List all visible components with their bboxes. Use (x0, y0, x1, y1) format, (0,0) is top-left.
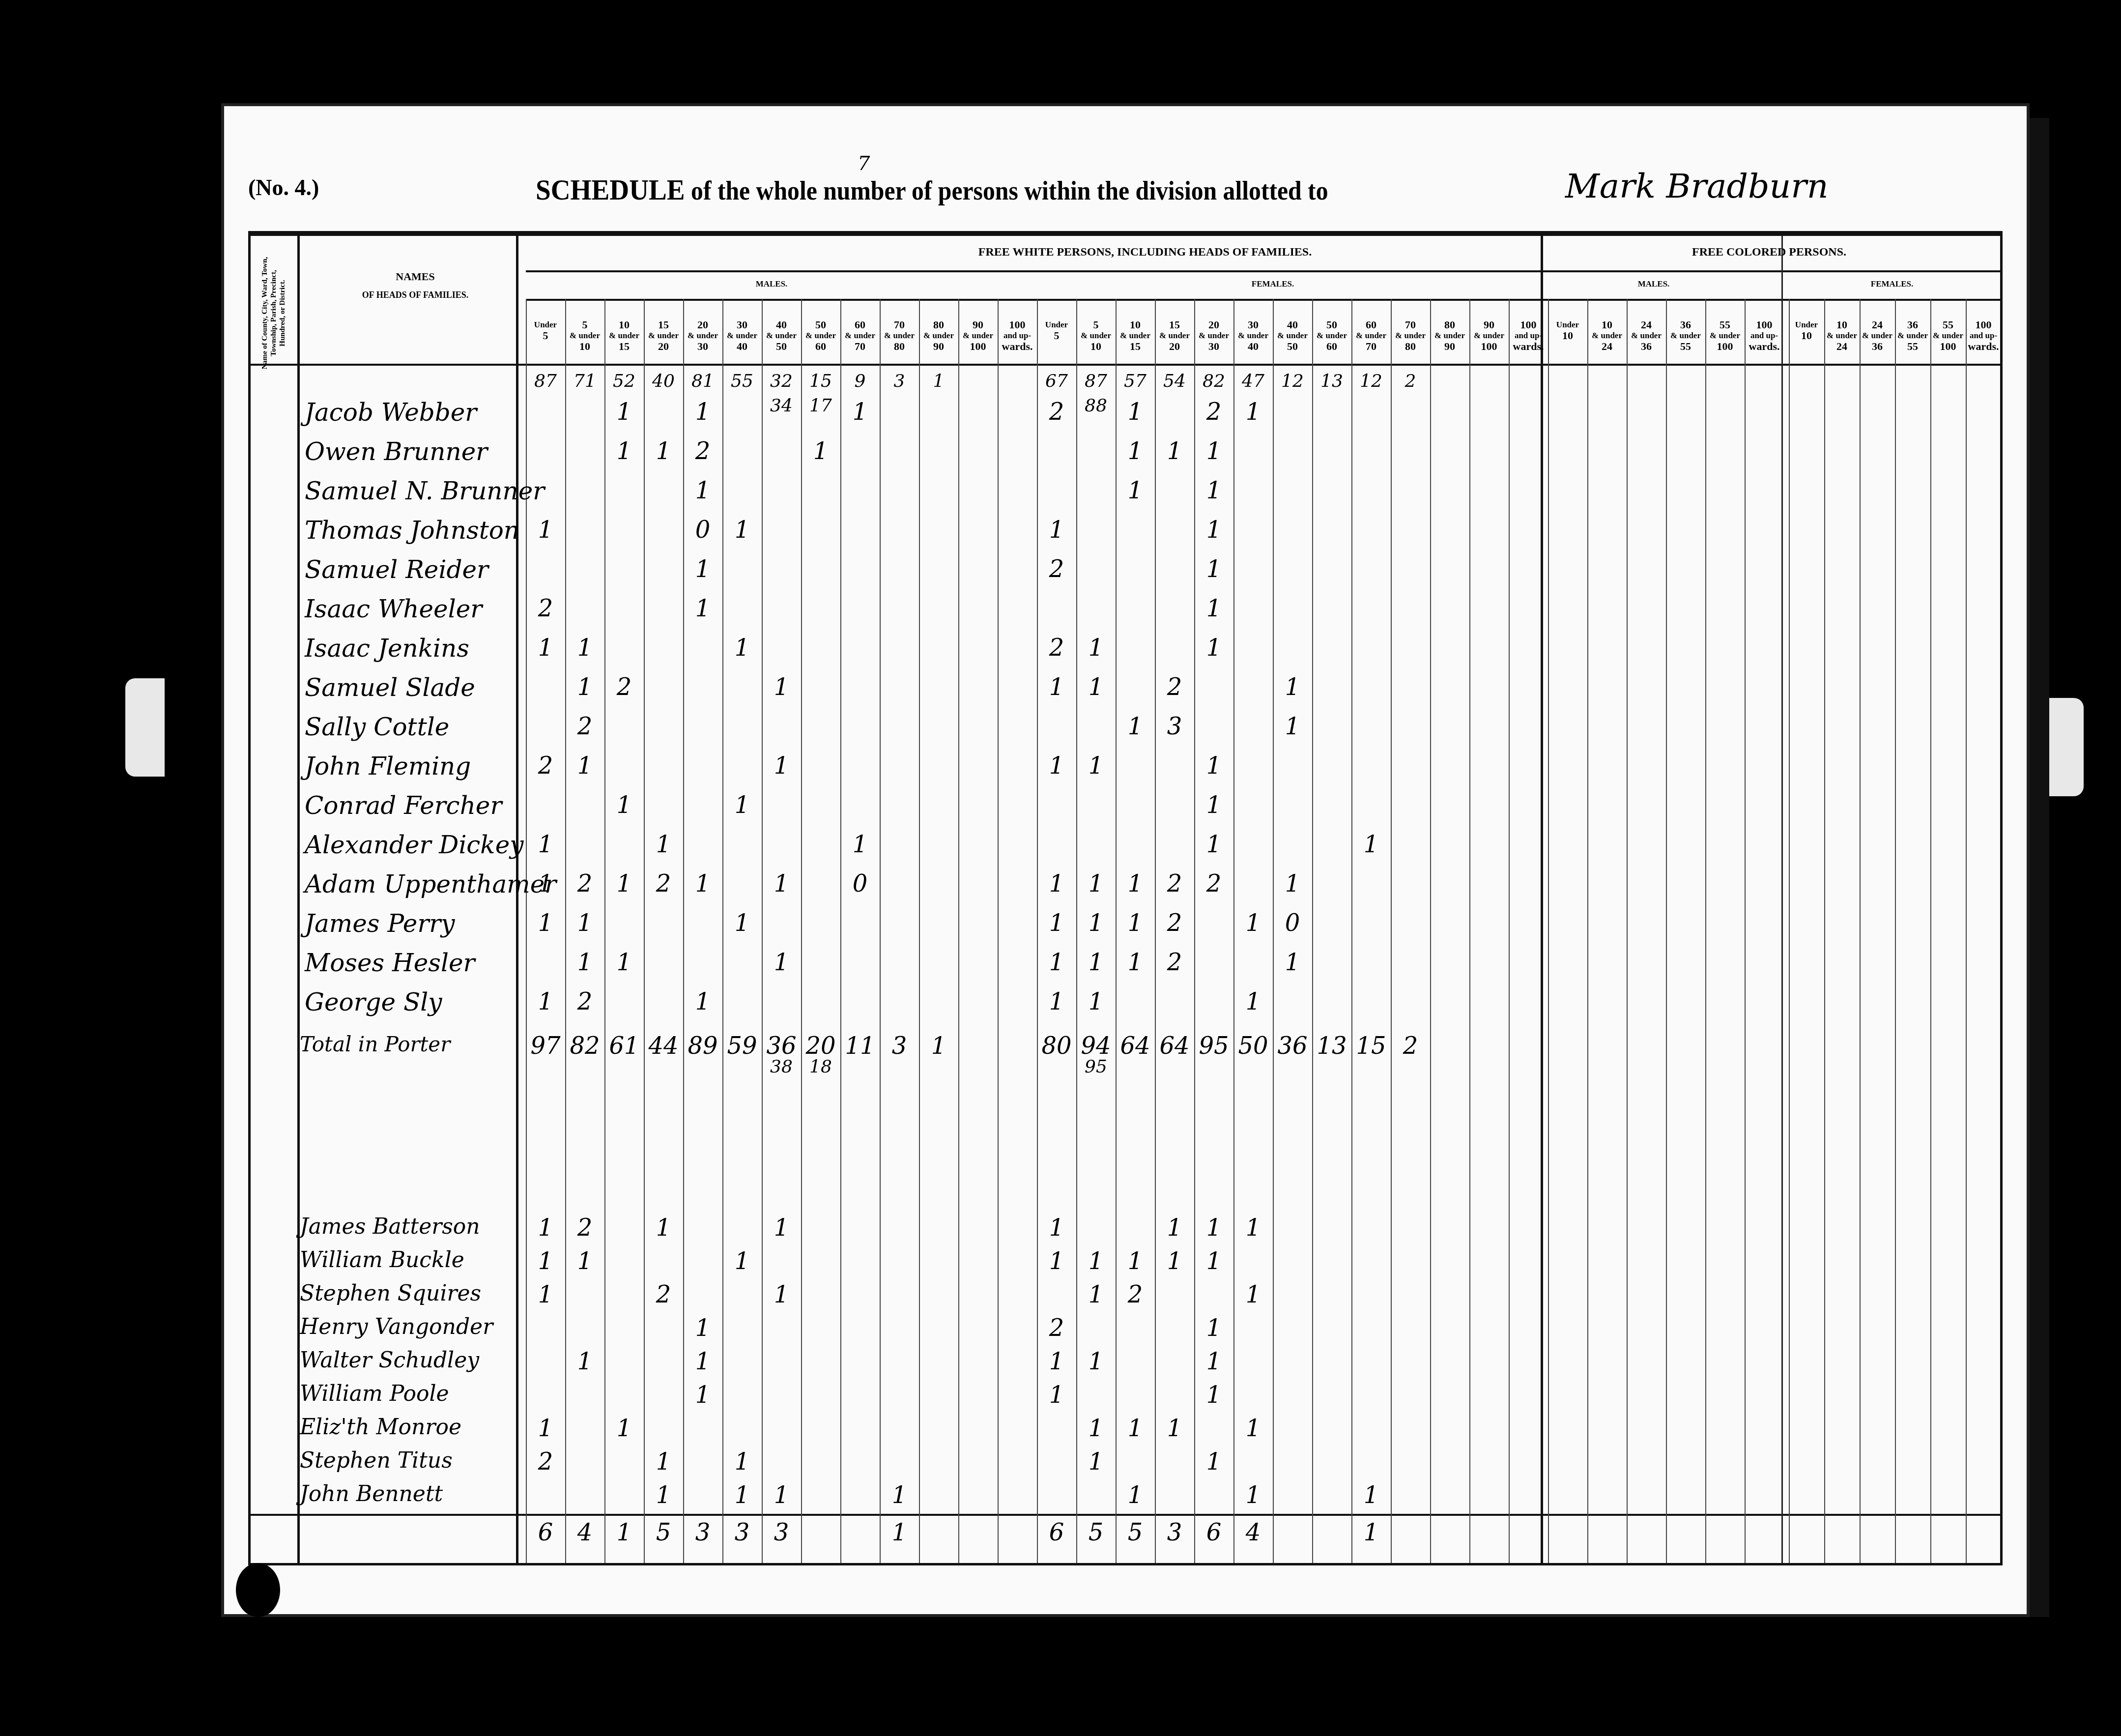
col-mid: & under (1862, 331, 1892, 340)
male-count: 0 (843, 870, 877, 897)
col-bot: 5 (526, 330, 565, 341)
male-count: 1 (764, 1281, 799, 1308)
household-name: Isaac Jenkins (305, 634, 469, 663)
carried-male-count: 32 (764, 371, 799, 391)
male-count: 1 (725, 516, 759, 544)
household-name: George Sly (305, 988, 442, 1016)
column-divider (958, 299, 959, 1563)
male-count: 1 (764, 1214, 799, 1242)
column-divider (1789, 299, 1790, 1563)
col-mid: & under (1933, 331, 1963, 340)
male-count: 1 (607, 949, 641, 976)
col-top: 55 (1705, 319, 1745, 330)
col-top: 100 (998, 319, 1037, 330)
col-bot: 24 (1824, 341, 1860, 352)
col-top: 10 (1824, 319, 1860, 330)
col-bot: 80 (1391, 341, 1430, 352)
household-name: Moses Hesler (305, 949, 475, 977)
household-name: James Perry (305, 909, 455, 938)
column-divider (998, 299, 999, 1563)
column-divider (1930, 299, 1931, 1563)
female-count: 2 (1157, 949, 1192, 976)
female-count: 1 (1197, 437, 1231, 465)
white-male-col-header: 20& under30 (683, 319, 722, 352)
column-divider (1391, 299, 1392, 1563)
female-count: 1 (1157, 1247, 1192, 1275)
female-count: 1 (1197, 477, 1231, 504)
female-count: 1 (1118, 398, 1152, 426)
male-count: 1 (686, 870, 720, 897)
col-bot: 24 (1587, 341, 1627, 352)
page-total-male: 3 (764, 1519, 799, 1546)
column-divider (801, 299, 802, 1563)
colored-male-col-header: 100and up-wards. (1745, 319, 1784, 352)
male-count: 1 (686, 555, 720, 583)
colored-male-col-header: Under10 (1548, 319, 1587, 341)
col-bot: 30 (683, 341, 722, 352)
carried-female-count: 82 (1197, 371, 1231, 391)
male-count: 1 (568, 909, 602, 937)
colored-male-col-header: 24& under36 (1627, 319, 1666, 352)
white-females-header: FEMALES. (1027, 279, 1519, 289)
female-count: 1 (1236, 988, 1270, 1015)
female-count: 1 (1039, 516, 1074, 544)
household-name: Thomas Johnston (305, 516, 519, 545)
colored-male-col-header: 10& under24 (1587, 319, 1627, 352)
female-count: 1 (1197, 791, 1231, 819)
female-count: 1 (1118, 1415, 1152, 1442)
page-title: SCHEDULE of the whole number of persons … (536, 173, 1328, 207)
carried-female-count: 87 (1079, 371, 1113, 391)
male-count: 1 (725, 1481, 759, 1509)
male-count: 1 (568, 1348, 602, 1375)
female-count: 1 (1039, 1348, 1074, 1375)
column-divider (1895, 299, 1896, 1563)
col-mid: & under (1356, 331, 1386, 340)
col-bot: 50 (1273, 341, 1312, 352)
col-top: 24 (1627, 319, 1666, 330)
total-female-count: 80 (1039, 1032, 1074, 1060)
column-divider (840, 299, 841, 1563)
col-mid: & under (1277, 331, 1308, 340)
carried-male-count-correction: 17 (803, 396, 838, 416)
col-mid: and up- (1515, 331, 1542, 340)
col-mid: Under (1795, 320, 1818, 329)
female-count: 3 (1157, 713, 1192, 740)
column-divider (1076, 299, 1077, 1563)
location-column-header: Name of County, City, Ward, Town, Townsh… (257, 251, 286, 364)
total-female-count: 36 (1275, 1032, 1310, 1060)
column-divider (1666, 299, 1667, 1563)
col-top: 40 (1273, 319, 1312, 330)
col-top: 90 (958, 319, 998, 330)
carried-male-count: 52 (607, 371, 641, 391)
female-count: 2 (1039, 555, 1074, 583)
female-count: 2 (1197, 870, 1231, 897)
column-divider (1966, 299, 1967, 1563)
household-name: Eliz'th Monroe (300, 1415, 461, 1440)
col-top: 100 (1509, 319, 1548, 330)
column-divider (644, 299, 645, 1563)
total-male-count: 20 (803, 1032, 838, 1060)
female-count: 1 (1039, 870, 1074, 897)
carried-male-count: 55 (725, 371, 759, 391)
male-count: 2 (528, 595, 563, 622)
paper-tab-left (125, 678, 165, 777)
column-divider (1312, 299, 1313, 1563)
column-divider (1587, 299, 1588, 1563)
female-count: 1 (1039, 752, 1074, 780)
col-mid: & under (1238, 331, 1268, 340)
female-count: 2 (1039, 634, 1074, 662)
col-mid: and up- (1970, 331, 1997, 340)
male-count: 1 (764, 752, 799, 780)
col-top: 20 (1194, 319, 1233, 330)
carried-female-count: 57 (1118, 371, 1152, 391)
household-name: Isaac Wheeler (305, 595, 482, 623)
column-divider (1037, 299, 1038, 1563)
male-count: 2 (568, 1214, 602, 1242)
female-count: 1 (1197, 1214, 1231, 1242)
male-count: 1 (725, 791, 759, 819)
female-count: 1 (1118, 1247, 1152, 1275)
female-count: 1 (1354, 1481, 1388, 1509)
total-female-count: 50 (1236, 1032, 1270, 1060)
colored-male-col-header: 55& under100 (1705, 319, 1745, 352)
col-top: 50 (801, 319, 840, 330)
column-divider (1233, 299, 1234, 1563)
page-total-male: 3 (686, 1519, 720, 1546)
female-count: 1 (1039, 988, 1074, 1015)
col-bot: 70 (1351, 341, 1391, 352)
colored-female-col-header: 24& under36 (1860, 319, 1895, 352)
female-count: 1 (1039, 909, 1074, 937)
white-male-col-header: Under5 (526, 319, 565, 341)
male-count: 1 (764, 1481, 799, 1509)
male-count: 1 (686, 1381, 720, 1409)
female-count: 1 (1079, 673, 1113, 701)
column-divider (1430, 299, 1431, 1563)
female-count: 1 (1236, 1214, 1270, 1242)
carried-male-count: 3 (882, 371, 917, 391)
female-count: 1 (1079, 988, 1113, 1015)
col-bot: 5 (1037, 330, 1076, 341)
household-name: John Fleming (305, 752, 471, 781)
male-count: 1 (882, 1481, 917, 1509)
col-bot: 10 (1789, 330, 1824, 341)
col-mid: & under (727, 331, 757, 340)
male-count: 2 (528, 752, 563, 780)
col-mid: & under (609, 331, 639, 340)
male-count: 1 (528, 1247, 563, 1275)
household-name: Alexander Dickey (305, 831, 524, 859)
col-top: 5 (565, 319, 604, 330)
female-count: 1 (1079, 1348, 1113, 1375)
female-count: 1 (1118, 1481, 1152, 1509)
page-total-male: 5 (646, 1519, 681, 1546)
male-count: 1 (528, 909, 563, 937)
census-table: Name of County, City, Ward, Town, Townsh… (248, 231, 2003, 1565)
location-column-label: Name of County, City, Ward, Town, Townsh… (260, 257, 287, 370)
scan-edge (2030, 118, 2049, 1617)
rule (251, 364, 2000, 366)
male-count: 1 (803, 437, 838, 465)
col-bot: 80 (880, 341, 919, 352)
male-count: 2 (528, 1448, 563, 1476)
col-bot: 90 (919, 341, 958, 352)
col-mid: & under (845, 331, 875, 340)
total-female-count: 64 (1118, 1032, 1152, 1060)
colored-female-col-header: 10& under24 (1824, 319, 1860, 352)
title-rest: of the whole number of persons within th… (685, 176, 1328, 205)
col-bot: 40 (722, 341, 762, 352)
female-count: 1 (1354, 831, 1388, 858)
rule (251, 1514, 2000, 1516)
col-bot: wards. (1966, 341, 2001, 352)
col-bot: 36 (1860, 341, 1895, 352)
col-mid: & under (1159, 331, 1190, 340)
col-mid: & under (1081, 331, 1111, 340)
female-count: 0 (1275, 909, 1310, 937)
female-count: 1 (1197, 1348, 1231, 1375)
male-count: 2 (568, 988, 602, 1015)
carried-female-count: 47 (1236, 371, 1270, 391)
female-count: 1 (1197, 595, 1231, 622)
page-total-male: 4 (568, 1519, 602, 1546)
col-mid: & under (884, 331, 915, 340)
male-count: 1 (646, 831, 681, 858)
female-count: 1 (1079, 634, 1113, 662)
total-male-count: 11 (843, 1032, 877, 1060)
female-count: 1 (1079, 752, 1113, 780)
col-bot: wards. (998, 341, 1037, 352)
column-divider (1824, 299, 1825, 1563)
column-divider (1745, 299, 1746, 1563)
col-mid: & under (1395, 331, 1426, 340)
female-count: 1 (1275, 673, 1310, 701)
total-male-count: 44 (646, 1032, 681, 1060)
colored-female-col-header: 55& under100 (1930, 319, 1966, 352)
white-male-col-header: 90& under100 (958, 319, 998, 352)
col-mid: & under (1897, 331, 1928, 340)
colored-male-col-header: 36& under55 (1666, 319, 1705, 352)
white-female-col-header: 70& under80 (1391, 319, 1430, 352)
male-count: 1 (607, 1415, 641, 1442)
female-count: 1 (1236, 1415, 1270, 1442)
col-bot: 90 (1430, 341, 1469, 352)
col-top: 70 (1391, 319, 1430, 330)
column-divider (1116, 299, 1117, 1563)
col-mid: & under (923, 331, 954, 340)
col-bot: 100 (958, 341, 998, 352)
paper-tab-right (2049, 698, 2084, 796)
total-female-count-correction: 95 (1079, 1057, 1113, 1077)
col-mid: and up- (1750, 331, 1778, 340)
female-count: 1 (1157, 1214, 1192, 1242)
carried-female-count: 67 (1039, 371, 1074, 391)
col-top: 10 (604, 319, 644, 330)
white-male-col-header: 60& under70 (840, 319, 880, 352)
col-bot: 36 (1627, 341, 1666, 352)
col-mid: Under (1556, 320, 1579, 329)
col-top: 100 (1966, 319, 2001, 330)
household-name: John Bennett (300, 1481, 443, 1506)
male-count: 1 (843, 831, 877, 858)
male-count: 0 (686, 516, 720, 544)
male-count: 2 (568, 870, 602, 897)
female-count: 1 (1236, 1481, 1270, 1509)
female-count: 2 (1157, 870, 1192, 897)
white-female-col-header: 5& under10 (1076, 319, 1116, 352)
col-top: 20 (683, 319, 722, 330)
male-count: 1 (607, 398, 641, 426)
male-count: 1 (686, 477, 720, 504)
female-count: 1 (1236, 398, 1270, 426)
col-top: 30 (722, 319, 762, 330)
col-mid: and up- (1003, 331, 1031, 340)
carried-female-count: 12 (1275, 371, 1310, 391)
col-bot: 60 (801, 341, 840, 352)
rule (526, 299, 2000, 301)
total-female-count: 95 (1197, 1032, 1231, 1060)
male-count: 1 (528, 1415, 563, 1442)
col-mid: Under (534, 320, 557, 329)
household-name: Sally Cottle (305, 713, 449, 741)
male-count: 1 (528, 516, 563, 544)
male-count: 1 (528, 634, 563, 662)
household-name: Jacob Webber (305, 398, 477, 427)
col-mid: & under (1434, 331, 1465, 340)
female-count: 1 (1039, 949, 1074, 976)
total-male-count-correction: 18 (803, 1057, 838, 1077)
female-count: 1 (1118, 870, 1152, 897)
col-mid: & under (766, 331, 797, 340)
col-bot: wards. (1745, 341, 1784, 352)
colored-female-col-header: 100and up-wards. (1966, 319, 2001, 352)
col-mid: & under (1592, 331, 1622, 340)
column-divider (516, 236, 518, 1563)
carried-male-count: 9 (843, 371, 877, 391)
male-count: 1 (764, 673, 799, 701)
col-bot: wards. (1509, 341, 1548, 352)
white-female-col-header: 20& under30 (1194, 319, 1233, 352)
margin-mark: 7 (858, 152, 870, 175)
page-total-male: 6 (528, 1519, 563, 1546)
total-female-count: 13 (1315, 1032, 1349, 1060)
household-name: Samuel Reider (305, 555, 488, 584)
col-mid: & under (1710, 331, 1740, 340)
female-count: 1 (1197, 634, 1231, 662)
household-name: Stephen Squires (300, 1281, 481, 1306)
male-count: 1 (607, 791, 641, 819)
male-count: 1 (764, 870, 799, 897)
white-female-col-header: 90& under100 (1469, 319, 1509, 352)
household-name: Stephen Titus (300, 1448, 453, 1473)
white-female-col-header: 100and up-wards. (1509, 319, 1548, 352)
total-male-count-correction: 38 (764, 1057, 799, 1077)
col-bot: 100 (1469, 341, 1509, 352)
column-divider (1541, 236, 1543, 1563)
female-count: 2 (1118, 1281, 1152, 1308)
col-top: 60 (1351, 319, 1391, 330)
female-count: 2 (1157, 909, 1192, 937)
column-divider (1627, 299, 1628, 1563)
form-number: (No. 4.) (248, 174, 319, 201)
col-mid: & under (805, 331, 836, 340)
col-top: 36 (1666, 319, 1705, 330)
col-top: 90 (1469, 319, 1509, 330)
column-divider (1155, 299, 1156, 1563)
female-count: 1 (1079, 1281, 1113, 1308)
white-female-col-header: 40& under50 (1273, 319, 1312, 352)
col-top: 36 (1895, 319, 1930, 330)
female-count: 1 (1275, 949, 1310, 976)
male-count: 2 (607, 673, 641, 701)
col-mid: & under (1670, 331, 1701, 340)
female-count: 1 (1197, 1314, 1231, 1342)
white-male-col-header: 30& under40 (722, 319, 762, 352)
total-male-count: 59 (725, 1032, 759, 1060)
male-count: 1 (686, 988, 720, 1015)
female-count: 1 (1079, 949, 1113, 976)
female-count: 1 (1039, 673, 1074, 701)
female-count: 2 (1039, 1314, 1074, 1342)
household-name: James Batterson (300, 1214, 480, 1239)
page-total-female: 5 (1118, 1519, 1152, 1546)
household-name: Samuel Slade (305, 673, 475, 702)
column-divider (1781, 236, 1783, 1563)
col-bot: 100 (1930, 341, 1966, 352)
male-count: 1 (528, 870, 563, 897)
white-female-col-header: 30& under40 (1233, 319, 1273, 352)
household-name: Samuel N. Brunner (305, 477, 545, 505)
page-total-female: 6 (1197, 1519, 1231, 1546)
male-count: 2 (646, 1281, 681, 1308)
col-bot: 10 (1076, 341, 1116, 352)
carried-female-count: 54 (1157, 371, 1192, 391)
male-count: 1 (843, 398, 877, 426)
household-name: Henry Vangonder (300, 1314, 493, 1339)
male-count: 1 (528, 988, 563, 1015)
male-count: 1 (528, 1214, 563, 1242)
col-bot: 10 (1548, 330, 1587, 341)
column-divider (880, 299, 881, 1563)
col-top: 24 (1860, 319, 1895, 330)
white-male-col-header: 15& under20 (644, 319, 683, 352)
female-count: 1 (1079, 870, 1113, 897)
column-divider (1509, 299, 1510, 1563)
male-count: 2 (568, 713, 602, 740)
col-top: 80 (919, 319, 958, 330)
white-males-header: MALES. (526, 279, 1017, 289)
colored-males-header: MALES. (1538, 279, 1769, 289)
total-female-count: 64 (1157, 1032, 1192, 1060)
white-female-col-header: 50& under60 (1312, 319, 1351, 352)
male-count: 1 (686, 1348, 720, 1375)
total-male-count: 36 (764, 1032, 799, 1060)
page-total-male: 1 (882, 1519, 917, 1546)
total-male-count: 89 (686, 1032, 720, 1060)
column-divider (919, 299, 920, 1563)
col-mid: & under (963, 331, 993, 340)
carried-male-count-correction: 34 (764, 396, 799, 416)
column-divider (565, 299, 566, 1563)
col-mid: & under (1474, 331, 1504, 340)
carried-female-count: 13 (1315, 371, 1349, 391)
female-count: 2 (1039, 398, 1074, 426)
col-top: 30 (1233, 319, 1273, 330)
col-mid: & under (1827, 331, 1857, 340)
